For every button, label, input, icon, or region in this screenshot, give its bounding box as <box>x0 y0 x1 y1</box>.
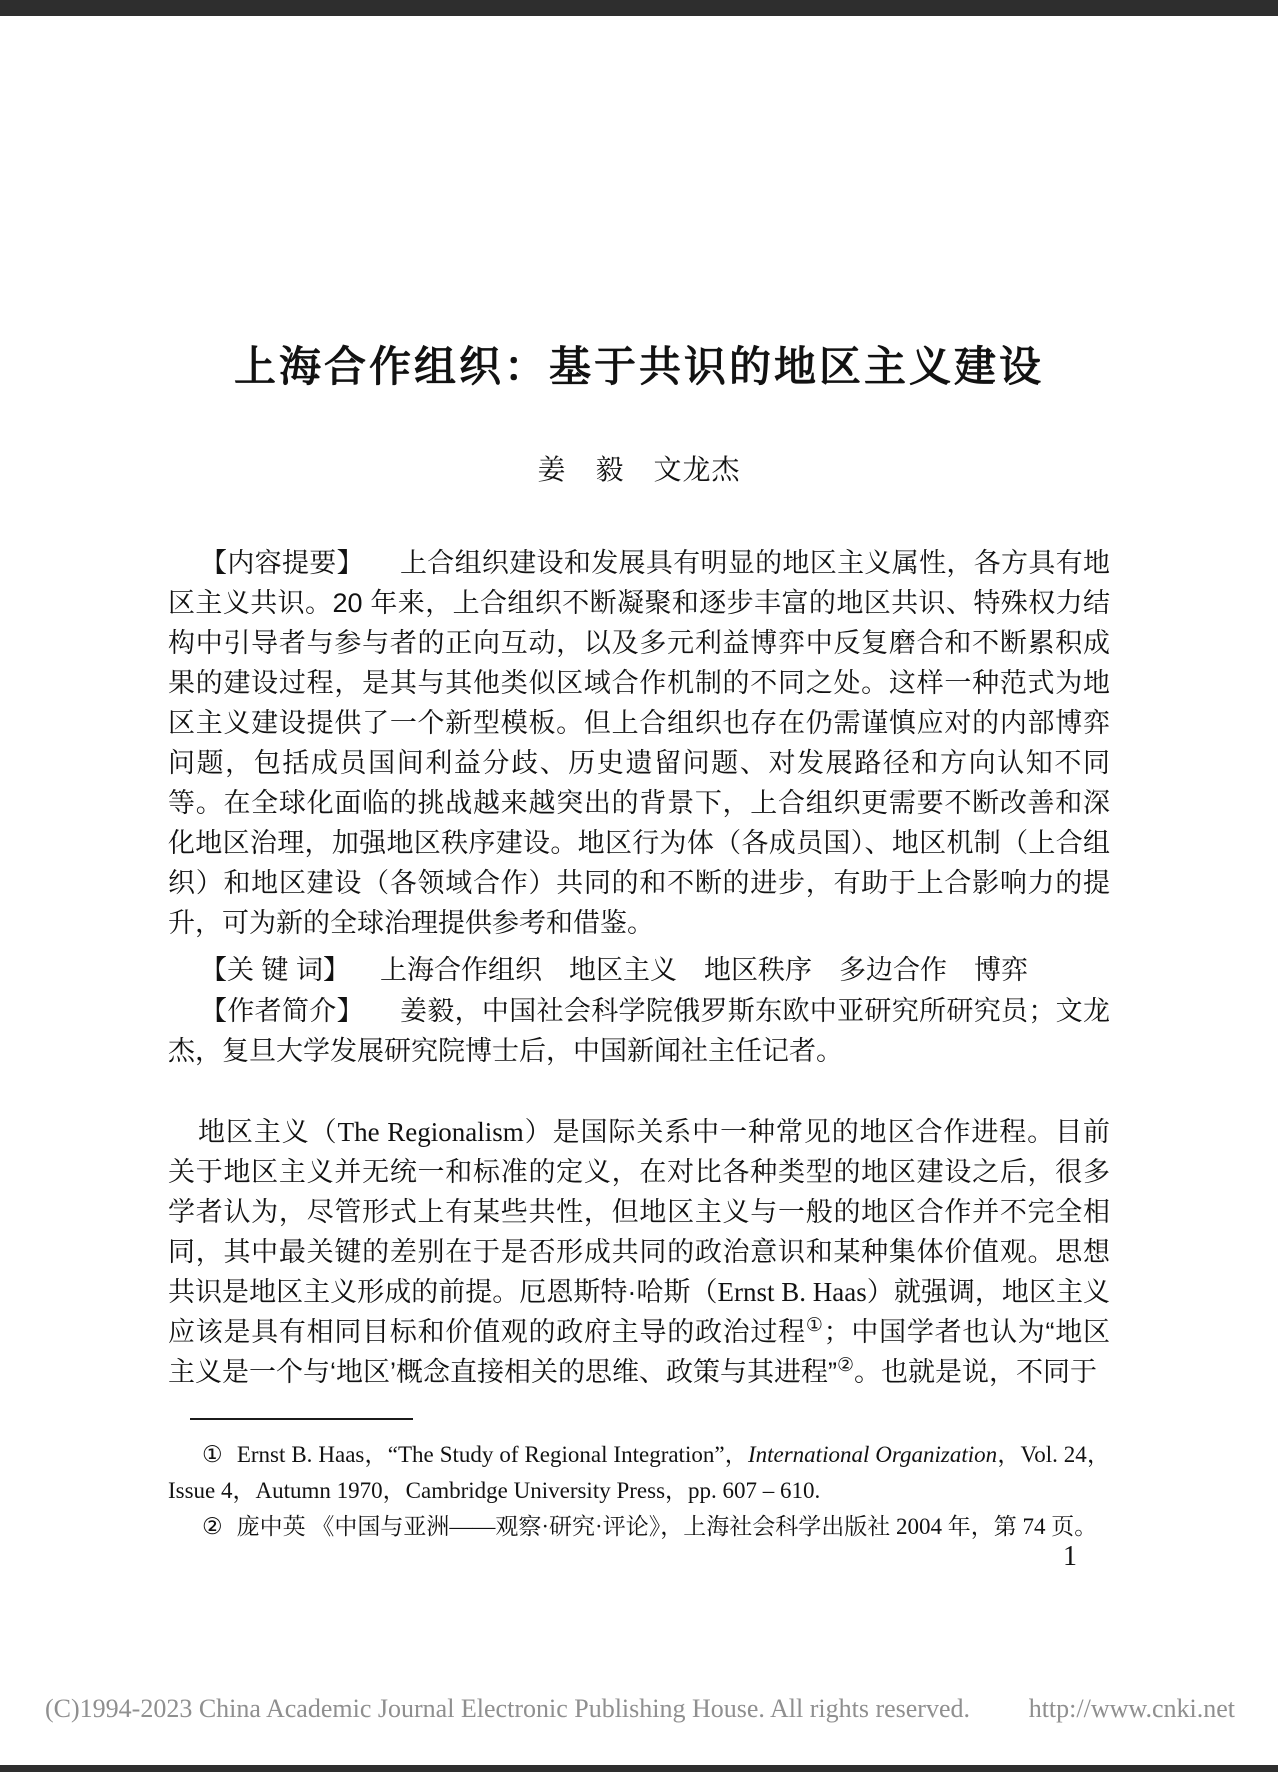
footnote-item: ①Ernst B. Haas，“The Study of Regional In… <box>168 1437 1110 1509</box>
footnote-item: ②庞中英 《中国与亚洲——观察·研究·评论》，上海社会科学出版社 2004 年，… <box>168 1509 1110 1545</box>
keywords-line: 【关 键 词】上海合作组织 地区主义 地区秩序 多边合作 博弈 <box>168 950 1110 990</box>
abstract-text: 上合组织建设和发展具有明显的地区主义属性，各方具有地区主义共识。20 年来，上合… <box>168 548 1110 938</box>
author-bio-label: 【作者简介】 <box>200 996 364 1026</box>
keywords-label: 【关 键 词】 <box>200 955 350 985</box>
cnki-url: http://www.cnki.net <box>1029 1694 1235 1724</box>
keywords-text: 上海合作组织 地区主义 地区秩序 多边合作 博弈 <box>380 955 1028 985</box>
body-text-run: 。也就是说，不同于 <box>854 1357 1097 1387</box>
abstract-label: 【内容提要】 <box>200 548 364 578</box>
abstract-paragraph: 【内容提要】上合组织建设和发展具有明显的地区主义属性，各方具有地区主义共识。20… <box>168 543 1110 943</box>
footnote-reference-mark: ① <box>806 1315 824 1336</box>
footnotes-block: ①Ernst B. Haas，“The Study of Regional In… <box>168 1437 1110 1545</box>
paper-authors: 姜 毅 文龙杰 <box>168 448 1110 488</box>
paper-title: 上海合作组织：基于共识的地区主义建设 <box>100 334 1178 394</box>
copyright-footer: (C)1994-2023 China Academic Journal Elec… <box>45 1694 1235 1724</box>
footnote-journal-title: International Organization <box>748 1442 997 1467</box>
author-bio-paragraph: 【作者简介】姜毅，中国社会科学院俄罗斯东欧中亚研究所研究员；文龙杰，复旦大学发展… <box>168 991 1110 1071</box>
bottom-scan-bar <box>0 1765 1278 1772</box>
body-latin-run: Ernst B. Haas <box>718 1277 867 1307</box>
page-number: 1 <box>1045 1541 1095 1573</box>
top-scan-bar <box>0 0 1278 16</box>
footnote-marker: ① <box>202 1442 223 1467</box>
paper-page: 上海合作组织：基于共识的地区主义建设 姜 毅 文龙杰 【内容提要】上合组织建设和… <box>0 0 1278 1772</box>
footnote-reference-mark: ② <box>837 1355 854 1376</box>
footnote-marker: ② <box>202 1514 223 1539</box>
copyright-text: (C)1994-2023 China Academic Journal Elec… <box>45 1694 970 1724</box>
footnote-latin-run: Ernst B. Haas，“The Study of Regional Int… <box>237 1442 748 1467</box>
body-paragraph: 地区主义（The Regionalism）是国际关系中一种常见的地区合作进程。目… <box>168 1112 1110 1392</box>
body-text-run: 地区主义（ <box>198 1117 338 1147</box>
footnote-separator <box>190 1418 413 1420</box>
footnote-cn-run: 庞中英 《中国与亚洲——观察·研究·评论》，上海社会科学出版社 2004 年，第… <box>237 1514 1098 1539</box>
body-latin-run: The Regionalism <box>338 1117 524 1147</box>
